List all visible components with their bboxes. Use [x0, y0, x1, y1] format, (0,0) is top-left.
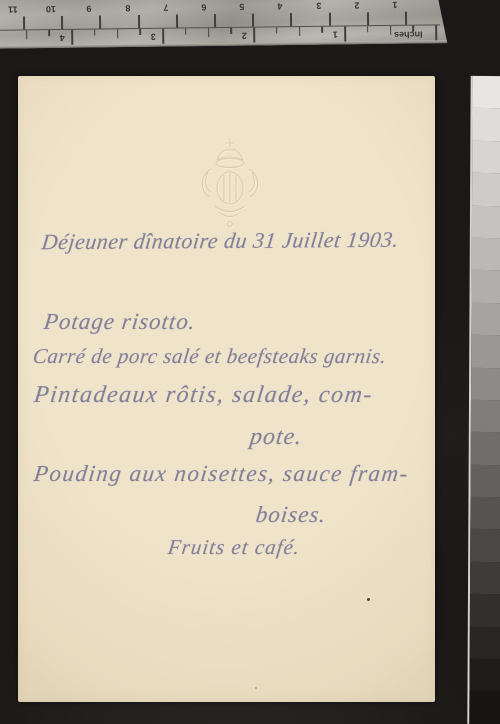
- ruler-tick: [185, 28, 187, 34]
- ruler-tick: [176, 15, 178, 28]
- gray-patch: [470, 529, 500, 562]
- menu-line-fruits: Fruits et café.: [166, 535, 301, 560]
- gray-patch: [472, 205, 500, 238]
- gray-patch: [470, 627, 500, 660]
- ruler-tick: [117, 29, 119, 38]
- gray-patch: [472, 238, 500, 271]
- ruler-tick: [299, 27, 301, 36]
- ruler-number: 4: [272, 0, 288, 11]
- ruler-tick: [71, 30, 73, 45]
- menu-line-pouding: Pouding aux noisettes, sauce fram-: [32, 461, 410, 487]
- ruler-tick: [253, 28, 255, 43]
- ruler-number: 5: [234, 1, 250, 12]
- menu-line-boises: boises.: [254, 502, 327, 528]
- ruler-tick: [367, 26, 369, 32]
- gray-patch: [469, 659, 500, 692]
- gray-patch: [472, 270, 500, 303]
- ruler-number: 8: [119, 2, 135, 13]
- ruler-number: 3: [310, 0, 326, 11]
- ruler-tick: [367, 12, 369, 25]
- ruler-tick: [252, 14, 254, 27]
- gray-patch: [473, 76, 500, 109]
- ruler-tick: [208, 28, 210, 37]
- ruler-tick: [405, 12, 407, 25]
- ruler-tick: [61, 16, 63, 29]
- ruler-inches-label: Inches: [386, 28, 430, 40]
- ruler-number: 1: [387, 0, 403, 10]
- ruler-tick: [214, 14, 216, 27]
- ruler-tick: [23, 16, 25, 29]
- ruler-tick: [276, 27, 278, 33]
- paper-speck: [255, 687, 257, 689]
- ruler-number: 2: [236, 30, 252, 41]
- ruler-tick: [162, 29, 164, 44]
- gray-patch: [470, 562, 500, 595]
- ruler-number: 7: [158, 2, 174, 13]
- ruler-tick: [390, 26, 392, 35]
- gray-patch: [471, 367, 500, 400]
- gray-patch: [471, 303, 500, 336]
- gray-patch: [471, 432, 500, 465]
- menu-date-line: Déjeuner dînatoire du 31 Juillet 1903.: [40, 227, 400, 255]
- gray-patch: [471, 335, 500, 368]
- ruler-tick: [94, 30, 96, 36]
- ruler-tick: [412, 26, 414, 32]
- ruler-scale-divider: [0, 24, 440, 30]
- ruler-tick: [321, 27, 323, 33]
- ruler-tick: [99, 15, 101, 28]
- ruler: Centimetres Inches 12345678910111234: [0, 0, 448, 49]
- ruler-tick: [435, 25, 437, 40]
- gray-patch: [472, 141, 500, 174]
- menu-line-pote: pote.: [248, 424, 304, 451]
- ruler-tick: [138, 15, 140, 28]
- gray-patch: [471, 400, 500, 433]
- menu-card: Déjeuner dînatoire du 31 Juillet 1903. P…: [18, 76, 435, 702]
- royal-crest-emblem: [195, 136, 265, 232]
- ruler-tick: [290, 13, 292, 26]
- ruler-number: 4: [54, 32, 70, 43]
- gray-patch: [470, 594, 500, 627]
- ruler-number: 10: [43, 3, 59, 14]
- paper-speck: [367, 598, 370, 601]
- ruler-number: 11: [5, 3, 21, 14]
- gray-patch: [470, 497, 500, 530]
- ruler-tick: [329, 13, 331, 26]
- ruler-number: 6: [196, 1, 212, 12]
- ruler-number: 9: [81, 3, 97, 14]
- grayscale-calibration-strip: [467, 76, 500, 724]
- ruler-tick: [344, 26, 346, 41]
- ruler-tick: [230, 28, 232, 34]
- gray-patch: [472, 173, 500, 206]
- ruler-tick: [26, 30, 28, 39]
- gray-patch: [472, 108, 500, 141]
- menu-line-pintadeaux: Pintadeaux rôtis, salade, com-: [32, 382, 374, 409]
- gray-patch: [470, 465, 500, 498]
- ruler-tick: [139, 29, 141, 35]
- menu-line-potage: Potage risotto.: [42, 309, 197, 335]
- ruler-number: 2: [349, 0, 365, 10]
- ruler-number: 1: [327, 29, 343, 40]
- gray-patch: [469, 691, 500, 724]
- ruler-tick: [48, 30, 50, 36]
- photo-stage: Centimetres Inches 12345678910111234: [0, 0, 500, 724]
- menu-line-carre: Carré de porc salé et beefsteaks garnis.: [31, 344, 387, 369]
- ruler-number: 3: [145, 31, 161, 42]
